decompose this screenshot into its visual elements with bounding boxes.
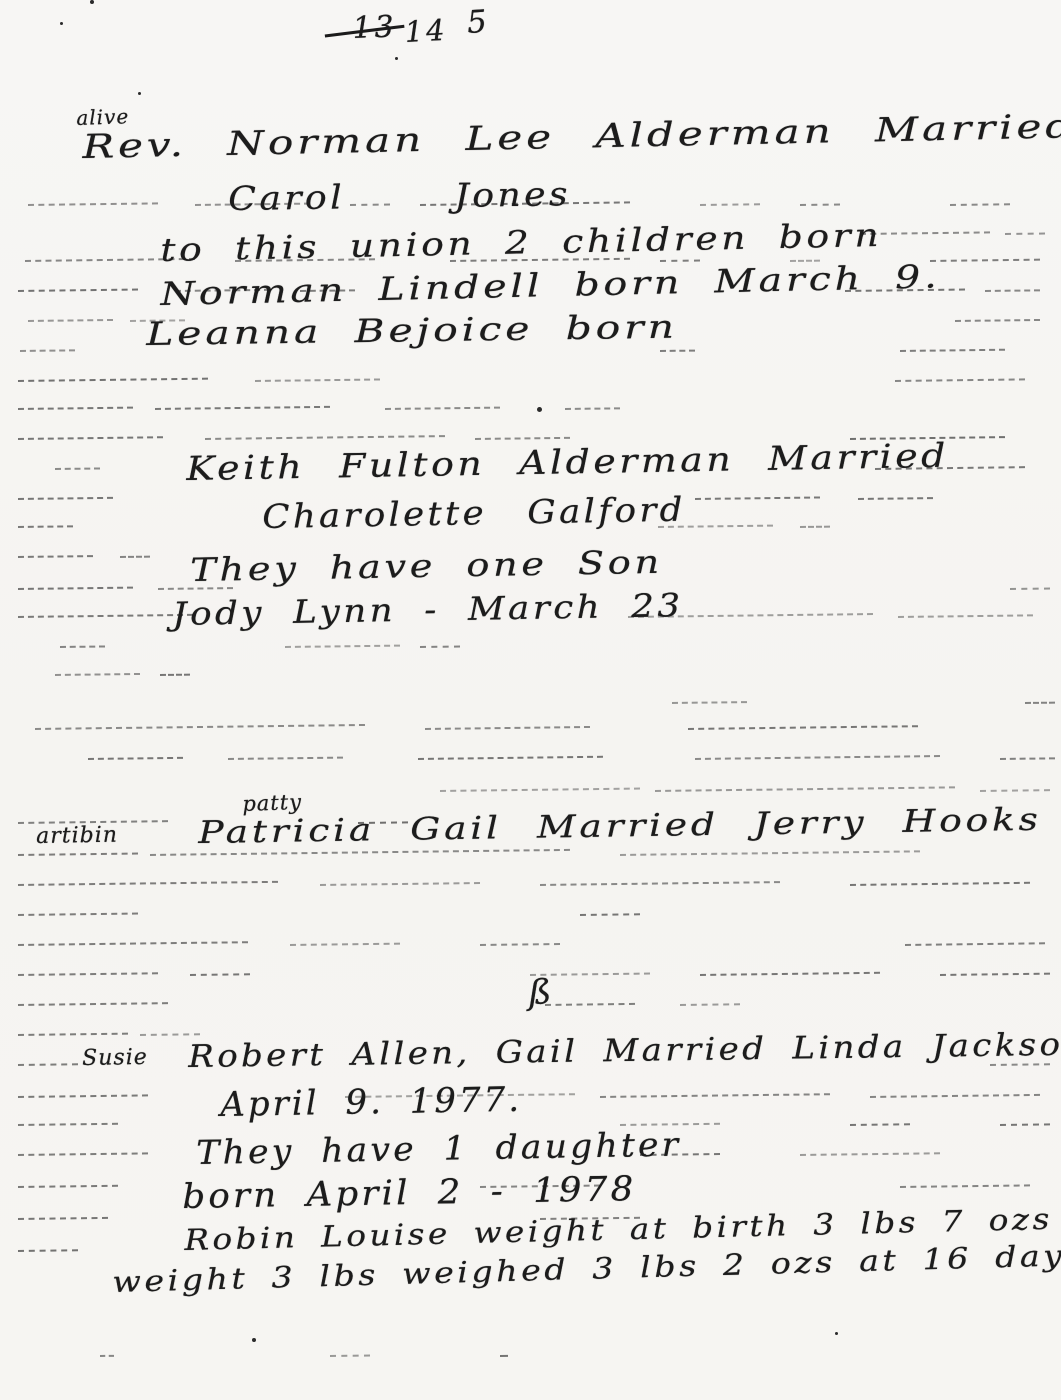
- ruled-line-segment: [800, 1152, 940, 1156]
- entry-norman-line-3: to this union 2 children born: [160, 219, 882, 266]
- ruled-line-segment: [18, 497, 113, 500]
- scan-speck: [252, 1338, 256, 1342]
- ruled-line-segment: [120, 556, 150, 558]
- ruled-line-segment: [425, 726, 590, 730]
- ruled-line-segment: [18, 853, 138, 856]
- entry-robert-line-1: Robert Allen, Gail Married Linda Jackson: [188, 1029, 1061, 1073]
- entry-keith-line-1: Keith Fulton Alderman Married: [186, 439, 949, 485]
- secondary-page-number: 5: [466, 6, 491, 39]
- ruled-line-segment: [18, 941, 248, 946]
- ruled-line-segment: [688, 725, 918, 730]
- ruled-line-segment: [320, 882, 480, 886]
- ruled-line-segment: [1010, 588, 1050, 590]
- scan-speck: [138, 92, 141, 95]
- ruled-line-segment: [88, 757, 183, 760]
- ruled-line-segment: [18, 436, 163, 440]
- ruled-line-segment: [18, 587, 133, 590]
- entry-keith-line-4: Jody Lynn - March 23: [172, 589, 684, 630]
- ruled-line-segment: [18, 1094, 148, 1098]
- ruled-line-segment: [950, 203, 1010, 206]
- entry-robert-line-2: April 9. 1977.: [220, 1083, 522, 1122]
- ruled-line-segment: [28, 202, 158, 206]
- ruled-line-segment: [18, 1185, 118, 1188]
- ruled-line-segment: [898, 614, 1033, 618]
- ruled-line-segment: [18, 1002, 168, 1006]
- scan-speck: [835, 1332, 838, 1335]
- ruled-line-segment: [155, 406, 330, 410]
- ruled-line-segment: [18, 1217, 108, 1220]
- ruled-line-segment: [700, 203, 760, 206]
- ruled-line-segment: [18, 289, 138, 292]
- ruled-line-segment: [18, 555, 93, 558]
- ruled-line-segment: [18, 913, 138, 916]
- ruled-line-segment: [60, 645, 105, 648]
- stray-beta-mark: ß: [528, 975, 555, 1010]
- ruled-line-segment: [800, 526, 830, 528]
- ruled-line-segment: [18, 407, 133, 410]
- ruled-line-segment: [385, 407, 500, 410]
- entry-patricia-interline-note: patty: [242, 792, 302, 815]
- page-number: 14: [404, 16, 448, 47]
- ruled-line-segment: [700, 972, 880, 976]
- ruled-line-segment: [858, 497, 933, 500]
- ruled-line-segment: [870, 1094, 1040, 1098]
- ruled-line-segment: [800, 204, 840, 206]
- ruled-line-segment: [285, 645, 400, 648]
- ruled-line-segment: [850, 1123, 910, 1126]
- ruled-line-segment: [620, 850, 920, 856]
- ruled-line-segment: [1025, 702, 1055, 704]
- ruled-line-segment: [18, 1123, 118, 1126]
- ruled-line-segment: [600, 1093, 830, 1098]
- entry-robert-margin-note: Susie: [82, 1047, 148, 1070]
- entry-patricia-margin-note: artibin: [36, 825, 118, 848]
- entry-norman-margin-note: alive: [76, 106, 130, 128]
- ruled-line-segment: [18, 1249, 78, 1252]
- ruled-line-segment: [475, 437, 570, 440]
- ruled-line-segment: [18, 1063, 78, 1066]
- ruled-line-segment: [660, 260, 700, 262]
- ruled-line-segment: [1000, 1123, 1050, 1126]
- ruled-line-segment: [18, 525, 73, 528]
- entry-robert-line-4: born April 2 - 1978: [182, 1172, 637, 1214]
- entry-norman-line-1: Rev. Norman Lee Alderman Married: [82, 109, 1061, 163]
- entry-keith-line-3: They have one Son: [190, 546, 663, 586]
- ruled-line-segment: [985, 289, 1040, 292]
- ruled-line-segment: [545, 1003, 635, 1006]
- scan-speck: [60, 22, 63, 25]
- ruled-line-segment: [55, 467, 100, 470]
- ruled-line-segment: [540, 881, 780, 886]
- ruled-line-segment: [290, 943, 400, 946]
- entry-keith-line-2: Charolette Galford: [262, 493, 686, 533]
- ruled-line-segment: [420, 646, 460, 648]
- ruled-line-segment: [190, 973, 250, 976]
- ruled-line-segment: [655, 786, 955, 792]
- ruled-line-segment: [28, 319, 113, 322]
- ruled-line-segment: [418, 756, 603, 760]
- ruled-line-segment: [1000, 757, 1055, 760]
- ruled-line-segment: [905, 942, 1045, 946]
- entry-robert-line-3: They have 1 daughter: [196, 1128, 682, 1169]
- ruled-line-segment: [18, 1033, 128, 1036]
- ruled-line-segment: [18, 378, 208, 382]
- crossed-out-page-number: 13: [352, 12, 397, 44]
- ruled-line-segment: [500, 1355, 508, 1357]
- ruled-line-segment: [940, 973, 1050, 976]
- ruled-line-segment: [580, 913, 640, 916]
- ruled-line-segment: [18, 1152, 148, 1156]
- ruled-line-segment: [1005, 233, 1045, 235]
- entry-norman-line-5: Leanna Bejoice born: [146, 311, 678, 350]
- ruled-line-segment: [565, 407, 620, 410]
- scan-speck: [537, 407, 542, 412]
- entry-patricia-line-1: Patricia Gail Married Jerry Hooks: [198, 805, 1042, 849]
- ruled-line-segment: [205, 435, 445, 440]
- scanned-document-page: 13 14 5 alive Rev. Norman Lee Alderman M…: [0, 0, 1061, 1400]
- ruled-line-segment: [955, 319, 1040, 322]
- ruled-line-segment: [18, 881, 278, 886]
- ruled-line-segment: [55, 673, 140, 676]
- ruled-line-segment: [980, 789, 1050, 792]
- ruled-line-segment: [900, 1184, 1030, 1188]
- ruled-line-segment: [330, 1355, 370, 1357]
- ruled-line-segment: [18, 972, 158, 976]
- ruled-line-segment: [695, 755, 940, 760]
- scan-speck: [395, 57, 398, 60]
- entry-norman-line-4: Norman Lindell born March 9.: [160, 260, 941, 310]
- ruled-line-segment: [672, 701, 747, 704]
- ruled-line-segment: [20, 349, 75, 352]
- ruled-line-segment: [18, 614, 193, 618]
- ruled-line-segment: [160, 674, 190, 676]
- ruled-line-segment: [480, 943, 560, 946]
- ruled-line-segment: [850, 882, 1030, 886]
- scan-speck: [90, 0, 94, 4]
- ruled-line-segment: [255, 378, 380, 382]
- ruled-line-segment: [660, 350, 695, 352]
- ruled-line-segment: [140, 1033, 200, 1036]
- ruled-line-segment: [900, 349, 1005, 352]
- ruled-line-segment: [895, 378, 1025, 382]
- ruled-line-segment: [35, 724, 365, 730]
- ruled-line-segment: [680, 1003, 740, 1006]
- entry-norman-line-2: Carol Jones: [228, 177, 571, 215]
- ruled-line-segment: [228, 757, 343, 760]
- ruled-line-segment: [100, 1355, 114, 1357]
- ruled-line-segment: [440, 788, 640, 792]
- ruled-line-segment: [695, 496, 820, 500]
- ruled-line-segment: [930, 259, 1040, 262]
